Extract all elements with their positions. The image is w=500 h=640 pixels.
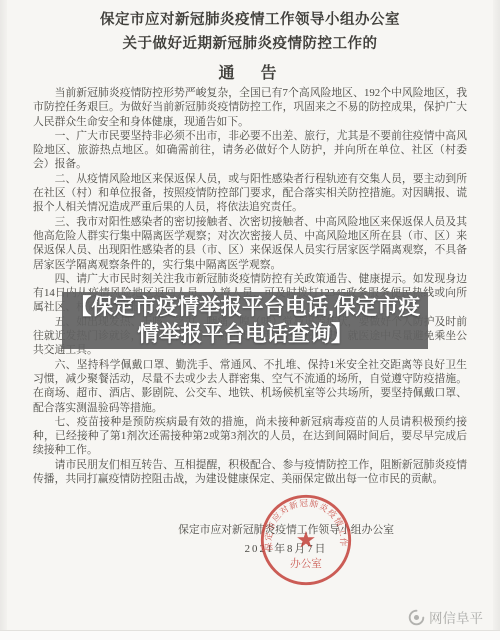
paragraph-intro: 当前新冠肺炎疫情防控形势严峻复杂，全国已有7个高风险地区、192个中风险地区，我… (33, 86, 467, 129)
overlay-text-line2: 情举报平台电话查询】 (62, 321, 428, 348)
seal-star-icon: ★ (296, 527, 317, 553)
document-title-block: 保定市应对新冠肺炎疫情工作领导小组办公室 关于做好近期新冠肺炎疫情防控工作的 通… (0, 8, 500, 83)
paragraph-item-2: 二、从疫情风险地区来保返保人员，或与阳性感染者行程轨迹有交集人员，要主动到所在社… (33, 172, 467, 215)
overlay-text-line1: 【保定市疫情举报平台电话,保定市疫 (62, 294, 428, 321)
scan-edge-bottom (0, 630, 500, 640)
title-notice-word: 通 告 (0, 60, 500, 83)
watermark-label: 网信阜平 (429, 607, 483, 627)
notice-body: 当前新冠肺炎疫情防控形势严峻复杂，全国已有7个高风险地区、192个中风险地区，我… (33, 86, 467, 486)
scan-edge-right (493, 0, 500, 640)
paragraph-closing: 请市民朋友们相互转告、互相提醒，积极配合、参与疫情防控工作，阻断新冠肺炎疫情传播… (33, 458, 467, 487)
paragraph-item-3: 三、我市对阳性感染者的密切接触者、次密切接触者、中高风险地区来保返保人员及其他高… (33, 215, 467, 272)
paragraph-item-7: 七、疫苗接种是预防疾病最有效的措施，尚未接种新冠病毒疫苗的人员请积极预约接种，已… (33, 415, 467, 458)
seal-office-label: 办公室 (290, 557, 322, 570)
wangxin-swirl-icon (408, 609, 425, 626)
title-org-line: 保定市应对新冠肺炎疫情工作领导小组办公室 (0, 8, 500, 29)
paragraph-item-6: 六、坚持科学佩戴口罩、勤洗手、常通风、不扎堆、保持1米安全社交距离等良好卫生习惯… (33, 358, 467, 415)
watermark: 网信阜平 (408, 607, 483, 627)
official-seal-icon: 保定市应对新冠肺炎疫情工作领导小组 ★ 办公室 (258, 492, 354, 588)
scan-edge-left (0, 0, 7, 640)
scanned-notice-image: 保定市应对新冠肺炎疫情工作领导小组办公室 关于做好近期新冠肺炎疫情防控工作的 通… (0, 0, 500, 640)
title-subject-line: 关于做好近期新冠肺炎疫情防控工作的 (0, 32, 500, 53)
paragraph-item-1: 一、广大市民要坚持非必须不出市，非必要不出差、旅行，尤其是不要前往疫情中高风险地… (33, 129, 467, 172)
headline-overlay-banner: 【保定市疫情举报平台电话,保定市疫 情举报平台电话查询】 (62, 292, 428, 349)
